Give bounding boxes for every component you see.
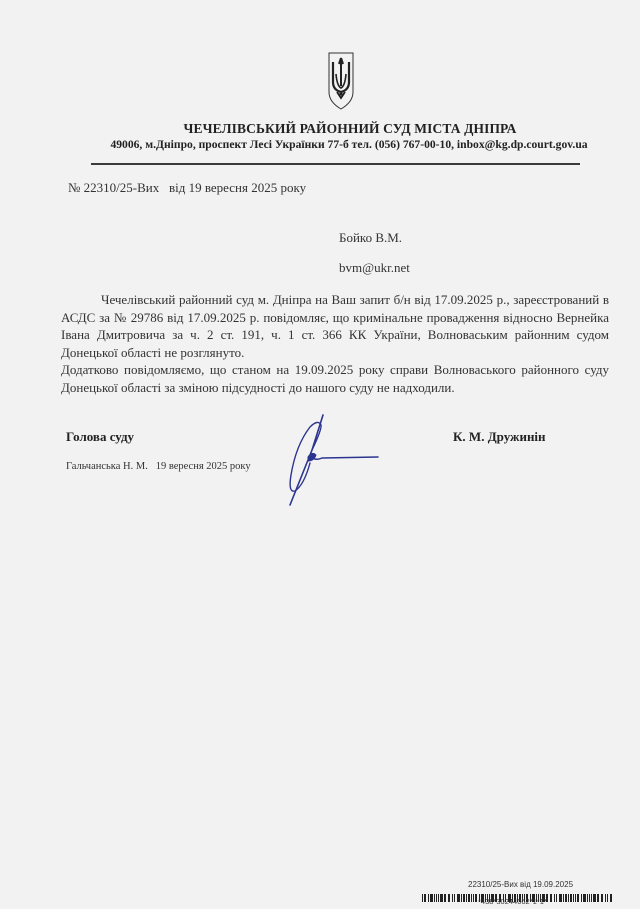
court-name: ЧЕЧЕЛІВСЬКИЙ РАЙОННИЙ СУД МІСТА ДНІПРА [0, 121, 640, 137]
signatory-name: К. М. Дружинін [453, 429, 546, 445]
recipient-name: Бойко В.М. [339, 230, 402, 246]
body-paragraph: Чечелівський районний суд м. Дніпра на В… [61, 291, 609, 361]
body-paragraph: Додатково повідомляємо, що станом на 19.… [61, 361, 609, 396]
barcode-caption: 22310/25-Вих від 19.09.2025 [468, 880, 573, 889]
outgoing-reference: № 22310/25-Вих від 19 вересня 2025 року [68, 180, 306, 196]
barcode-icon [422, 889, 612, 897]
recipient-email: bvm@ukr.net [339, 260, 410, 276]
executor-note: Гальчанська Н. М. 19 вересня 2025 року [66, 461, 251, 472]
court-address: 49006, м.Дніпро, проспект Лесі Українки … [0, 138, 640, 151]
letter-body: Чечелівський районний суд м. Дніпра на В… [61, 291, 609, 396]
trident-coat-of-arms-icon [328, 52, 354, 110]
barcode-number: *438*30244062*1*1* [478, 897, 547, 906]
signatory-role: Голова суду [66, 429, 134, 445]
handwritten-signature-icon [278, 405, 388, 510]
header-divider [91, 163, 580, 165]
